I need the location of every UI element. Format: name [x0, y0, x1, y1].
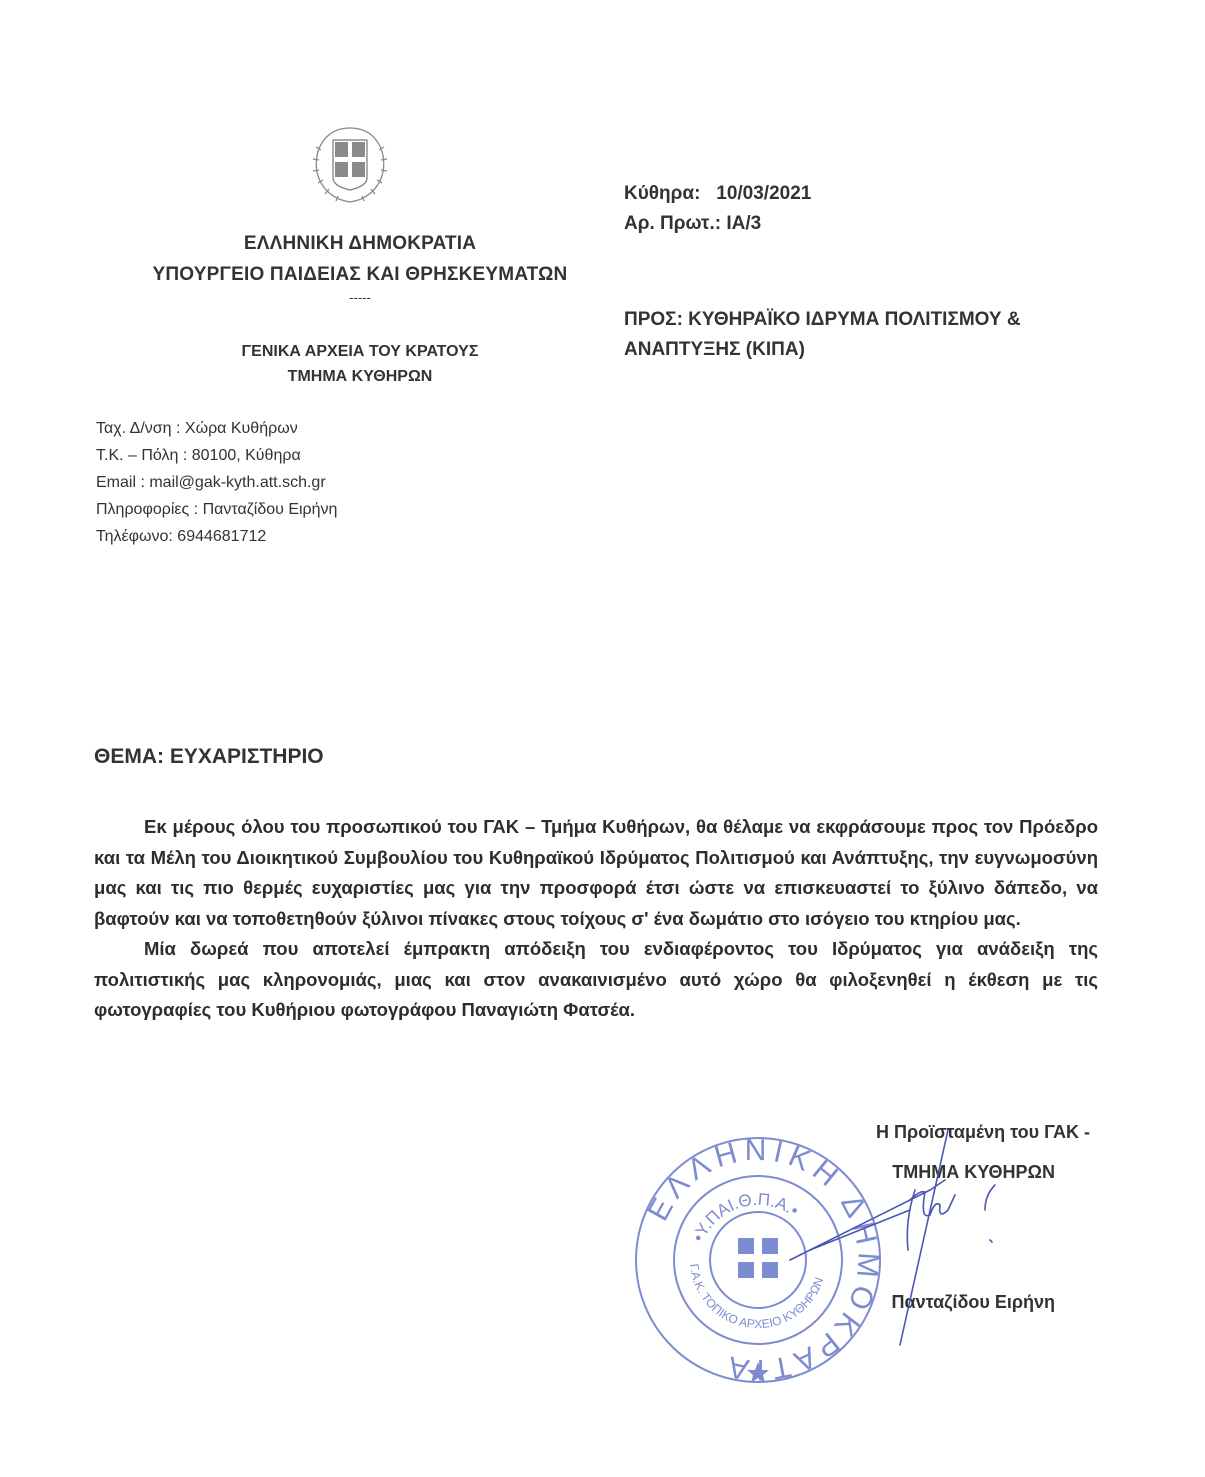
date-line: Κύθηρα: 10/03/2021 — [624, 183, 811, 205]
contact-address: Ταχ. Δ/νση : Χώρα Κυθήρων — [96, 415, 337, 442]
header-department: ΤΜΗΜΑ ΚΥΘΗΡΩΝ — [120, 368, 600, 386]
protocol-line: Αρ. Πρωτ.: ΙΑ/3 — [624, 213, 761, 235]
header-archives: ΓΕΝΙΚΑ ΑΡΧΕΙΑ ΤΟΥ ΚΡΑΤΟΥΣ — [120, 343, 600, 361]
header-separator: ----- — [120, 290, 600, 305]
handwritten-signature-icon — [780, 1100, 1040, 1350]
protocol-label: Αρ. Πρωτ.: — [624, 213, 721, 234]
protocol-value: ΙΑ/3 — [726, 213, 761, 234]
recipient: ΠΡΟΣ: ΚΥΘΗΡΑΪΚΟ ΙΔΡΥΜΑ ΠΟΛΙΤΙΣΜΟΥ & ΑΝΑΠ… — [624, 305, 1094, 365]
letter-body: Εκ μέρους όλου του προσωπικού του ΓΑΚ – … — [94, 812, 1098, 1026]
subject-line: ΘΕΜΑ: ΕΥΧΑΡΙΣΤΗΡΙΟ — [94, 745, 324, 769]
header-ministry: ΥΠΟΥΡΓΕΙΟ ΠΑΙΔΕΙΑΣ ΚΑΙ ΘΡΗΣΚΕΥΜΑΤΩΝ — [120, 264, 600, 286]
body-paragraph: Μία δωρεά που αποτελεί έμπρακτη απόδειξη… — [94, 934, 1098, 1026]
greek-coat-of-arms-icon — [305, 120, 395, 208]
contact-info-person: Πληροφορίες : Πανταζίδου Ειρήνη — [96, 496, 337, 523]
body-paragraph: Εκ μέρους όλου του προσωπικού του ΓΑΚ – … — [94, 812, 1098, 934]
contact-postcode-city: Τ.Κ. – Πόλη : 80100, Κύθηρα — [96, 442, 337, 469]
contact-phone: Τηλέφωνο: 6944681712 — [96, 523, 337, 550]
date-label: Κύθηρα: — [624, 183, 700, 204]
header-republic: ΕΛΛΗΝΙΚΗ ΔΗΜΟΚΡΑΤΙΑ — [120, 233, 600, 255]
contact-block: Ταχ. Δ/νση : Χώρα Κυθήρων Τ.Κ. – Πόλη : … — [96, 415, 337, 550]
contact-email: Email : mail@gak-kyth.att.sch.gr — [96, 469, 337, 496]
date-value: 10/03/2021 — [716, 183, 811, 204]
